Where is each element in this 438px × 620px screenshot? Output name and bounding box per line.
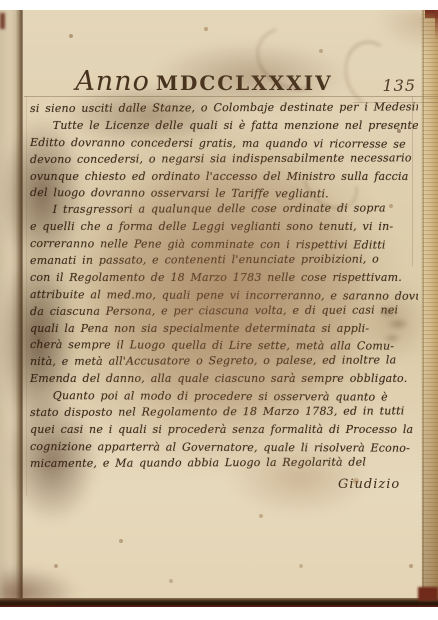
manuscript-line: nità, e metà all'Accusatore o Segreto, o… (30, 353, 418, 372)
manuscript-line: I trasgressori a qualunque delle cose or… (30, 201, 418, 220)
ruled-line-vertical-left (26, 96, 27, 496)
signature-word: Giudizio (338, 477, 400, 492)
manuscript-line: e quelli che a forma delle Leggi veglian… (30, 219, 418, 236)
binding-gutter (0, 10, 23, 607)
manuscript-line: quali la Pena non sia specialmente deter… (30, 321, 418, 338)
manuscript-line: micamente, e Ma quando abbia Luogo la Re… (30, 454, 418, 473)
page-number: 135 (382, 76, 416, 95)
manuscript-line: con il Regolamento de 18 Marzo 1783 nell… (30, 270, 418, 287)
book-photo: AnnoMDCCLXXXIV 135 si sieno usciti dalle… (0, 10, 438, 607)
binding-corner-bottom-right (418, 587, 438, 601)
page-edge-shadow (421, 10, 424, 599)
year-heading: AnnoMDCCLXXXIV (0, 66, 408, 97)
manuscript-line: Emenda del danno, alla quale ciascuno sa… (30, 371, 418, 388)
manuscript-line: stato disposto nel Regolamento de 18 Mar… (30, 403, 418, 422)
manuscript-line: quei casi ne i quali si procederà senza … (30, 422, 418, 439)
manuscript-line: emanati in passato, e contenenti l'enunc… (30, 251, 418, 270)
manuscript-line: ovunque chiesto ed ordinato l'accesso de… (30, 169, 418, 186)
manuscript-line: devono concedersi, o negarsi sia indispe… (30, 150, 418, 169)
book-bottom-edge (0, 598, 438, 607)
heading-anno-word: Anno (75, 66, 150, 97)
manuscript-line: si sieno usciti dalle Stanze, o Colombaj… (30, 101, 418, 118)
binding-mark-top-left (0, 13, 5, 29)
manuscript-line: Tutte le Licenze delle quali si è fatta … (30, 118, 418, 135)
manuscript-text-block: si sieno usciti dalle Stanze, o Colombaj… (30, 101, 418, 473)
manuscript-line: da ciascuna Persona, e per ciascuna volt… (30, 302, 418, 321)
scanned-manuscript-page: AnnoMDCCLXXXIV 135 si sieno usciti dalle… (0, 0, 438, 620)
page-fore-edge (422, 10, 438, 599)
heading-roman-year: MDCCLXXXIV (156, 71, 333, 95)
